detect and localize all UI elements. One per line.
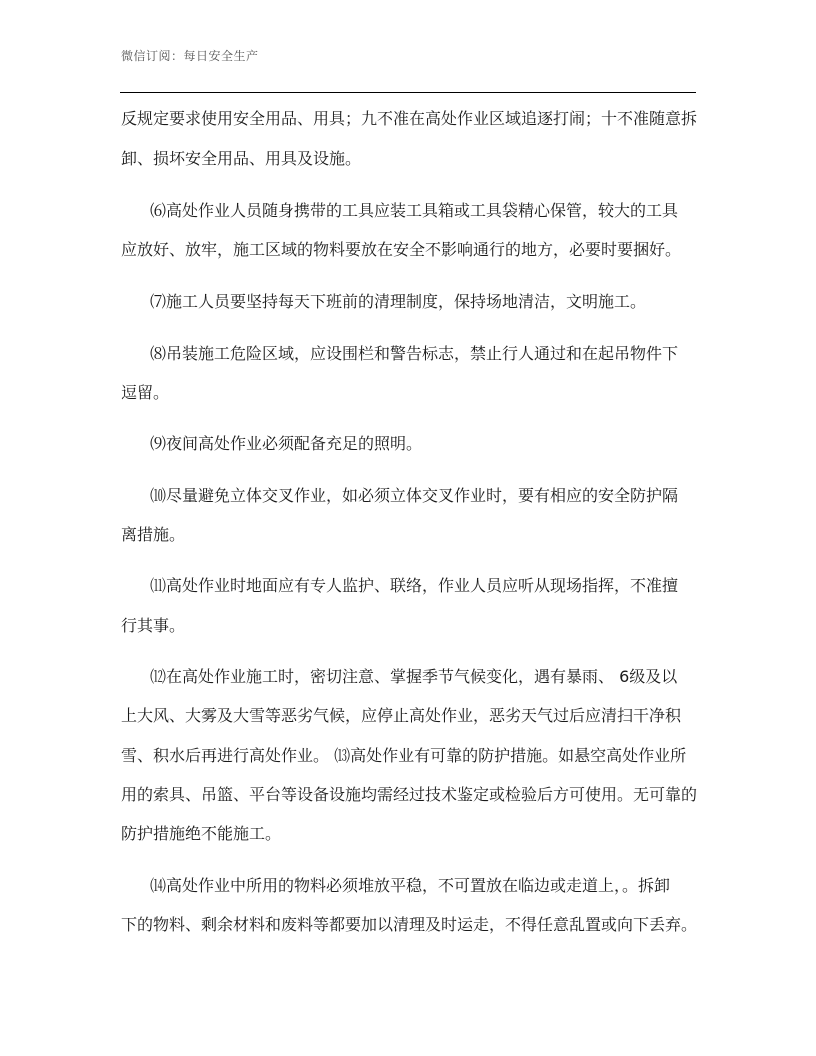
page-header-subscription: 微信订阅：每日安全生产: [121, 47, 259, 64]
paragraph-item-11-line: 行其事。: [121, 616, 701, 636]
paragraph-item-12-line: 雪、积水后再进行高处作业。 ⒀高处作业有可靠的防护措施。如悬空高处作业所: [121, 746, 701, 766]
header-divider: [120, 92, 696, 93]
paragraph-item-12-line: 上大风、大雾及大雪等恶劣气候，应停止高处作业，恶劣天气过后应清扫干净积: [121, 706, 701, 726]
paragraph-line: 卸、损坏安全用品、用具及设施。: [121, 149, 701, 169]
paragraph-item-13-line: 用的索具、吊篮、平台等设备设施均需经过技术鉴定或检验后方可使用。无可靠的: [121, 785, 701, 805]
paragraph-item-12-line: ⑿在高处作业施工时，密切注意、掌握季节气候变化，遇有暴雨、 6级及以: [150, 667, 730, 687]
paragraph-item-10-line: 离措施。: [121, 525, 701, 545]
paragraph-item-8-line: 逗留。: [121, 383, 701, 403]
paragraph-item-8-line: ⑻吊装施工危险区域，应设围栏和警告标志，禁止行人通过和在起吊物件下: [150, 344, 730, 364]
paragraph-item-14-line: 下的物料、剩余材料和废料等都要加以清理及时运走，不得任意乱置或向下丢弃。: [121, 915, 701, 935]
paragraph-item-6-line: 应放好、放牢，施工区域的物料要放在安全不影响通行的地方，必要时要捆好。: [121, 240, 701, 260]
paragraph-line: 反规定要求使用安全用品、用具；九不准在高处作业区域追逐打闹；十不准随意拆: [121, 109, 701, 129]
paragraph-item-14-line: ⒁高处作业中所用的物料必须堆放平稳，不可置放在临边或走道上，。拆卸: [150, 876, 730, 896]
paragraph-item-11-line: ⑾高处作业时地面应有专人监护、联络，作业人员应听从现场指挥，不准擅: [150, 576, 730, 596]
paragraph-item-6-line: ⑹高处作业人员随身携带的工具应装工具箱或工具袋精心保管，较大的工具: [150, 201, 730, 221]
paragraph-item-13-line: 防护措施绝不能施工。: [121, 824, 701, 844]
paragraph-item-9-line: ⑼夜间高处作业必须配备充足的照明。: [150, 434, 730, 454]
paragraph-item-10-line: ⑽尽量避免立体交叉作业，如必须立体交叉作业时，要有相应的安全防护隔: [150, 486, 730, 506]
paragraph-item-7-line: ⑺施工人员要坚持每天下班前的清理制度，保持场地清洁，文明施工。: [150, 292, 730, 312]
